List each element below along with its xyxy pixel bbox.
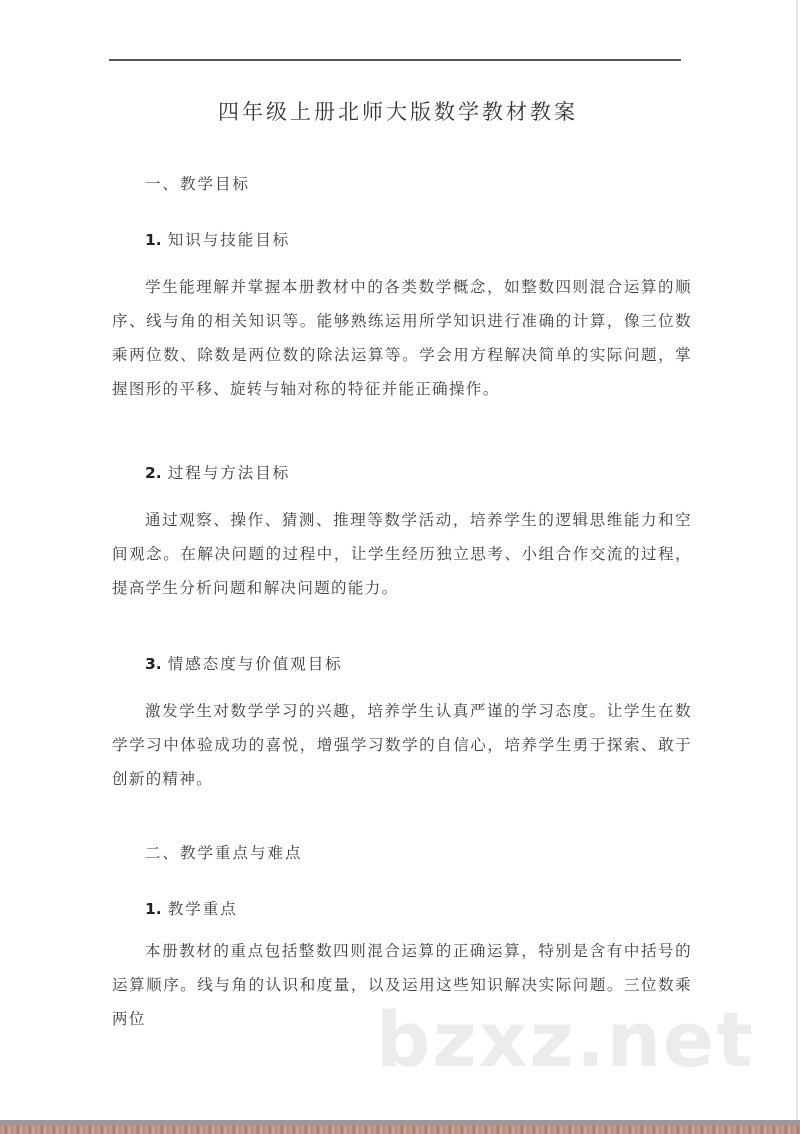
subsection-title: 情感态度与价值观目标 <box>168 655 343 673</box>
subsection-heading-attitude-values: 3.情感态度与价值观目标 <box>112 652 725 674</box>
subsection-title: 知识与技能目标 <box>168 231 291 249</box>
background-texture <box>0 1126 800 1134</box>
subsection-number: 3. <box>145 655 162 673</box>
subsection-heading-process-methods: 2.过程与方法目标 <box>112 461 725 483</box>
header-rule <box>109 59 681 61</box>
paragraph-process-methods: 通过观察、操作、猜测、推理等数学活动，培养学生的逻辑思维能力和空间观念。在解决问… <box>112 503 692 605</box>
paragraph-key-points: 本册教材的重点包括整数四则混合运算的正确运算，特别是含有中括号的运算顺序。线与角… <box>112 934 692 1036</box>
subsection-number: 1. <box>145 900 162 918</box>
paragraph-attitude-values: 激发学生对数学学习的兴趣，培养学生认真严谨的学习态度。让学生在数学学习中体验成功… <box>112 694 692 796</box>
subsection-title: 教学重点 <box>168 900 238 918</box>
document-page: 四年级上册北师大版数学教材教案 一、教学目标 1.知识与技能目标 学生能理解并掌… <box>0 0 798 1122</box>
subsection-heading-key-points: 1.教学重点 <box>112 897 725 919</box>
section-heading-key-difficult-points: 二、教学重点与难点 <box>112 841 725 863</box>
paragraph-knowledge-skills: 学生能理解并掌握本册教材中的各类数学概念，如整数四则混合运算的顺序、线与角的相关… <box>112 270 692 406</box>
subsection-number: 2. <box>145 464 162 482</box>
document-title: 四年级上册北师大版数学教材教案 <box>0 96 796 126</box>
subsection-number: 1. <box>145 231 162 249</box>
subsection-heading-knowledge-skills: 1.知识与技能目标 <box>112 228 725 250</box>
section-heading-teaching-goals: 一、教学目标 <box>112 172 725 194</box>
subsection-title: 过程与方法目标 <box>168 464 291 482</box>
